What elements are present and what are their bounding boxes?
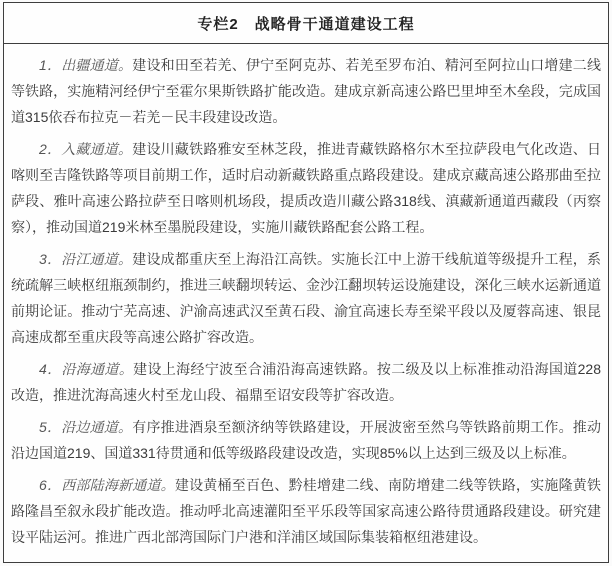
panel-title: 专栏2 战略骨干通道建设工程: [3, 2, 609, 44]
corridor-lead-6: 6．西部陆海新通道。: [39, 477, 175, 493]
corridor-paragraph-6: 6．西部陆海新通道。建设黄桶至百色、黔桂增建二线、南防增建二线等铁路，实施隆黄铁…: [11, 472, 601, 550]
corridor-lead-4: 4．沿海通道。: [39, 361, 133, 377]
corridor-paragraph-1: 1．出疆通道。建设和田至若羌、伊宁至阿克苏、若羌至罗布泊、精河至阿拉山口增建二线…: [11, 52, 601, 130]
corridor-lead-3: 3．沿江通道。: [39, 251, 132, 267]
corridor-paragraph-5: 5．沿边通道。有序推进酒泉至额济纳等铁路建设，开展波密至然乌等铁路前期工作。推动…: [11, 414, 601, 466]
panel-content: 1．出疆通道。建设和田至若羌、伊宁至阿克苏、若羌至罗布泊、精河至阿拉山口增建二线…: [3, 43, 609, 563]
corridor-paragraph-2: 2．入藏通道。建设川藏铁路雅安至林芝段，推进青藏铁路格尔木至拉萨段电气化改造、日…: [11, 136, 601, 240]
corridor-lead-2: 2．入藏通道。: [39, 141, 132, 157]
column-panel: 专栏2 战略骨干通道建设工程 1．出疆通道。建设和田至若羌、伊宁至阿克苏、若羌至…: [3, 2, 609, 563]
corridor-lead-5: 5．沿边通道。: [39, 419, 132, 435]
corridor-paragraph-3: 3．沿江通道。建设成都重庆至上海沿江高铁。实施长江中上游干线航道等级提升工程，系…: [11, 246, 601, 350]
corridor-lead-1: 1．出疆通道。: [39, 57, 132, 73]
corridor-paragraph-4: 4．沿海通道。建设上海经宁波至合浦沿海高速铁路。按二级及以上标准推动沿海国道22…: [11, 356, 601, 408]
